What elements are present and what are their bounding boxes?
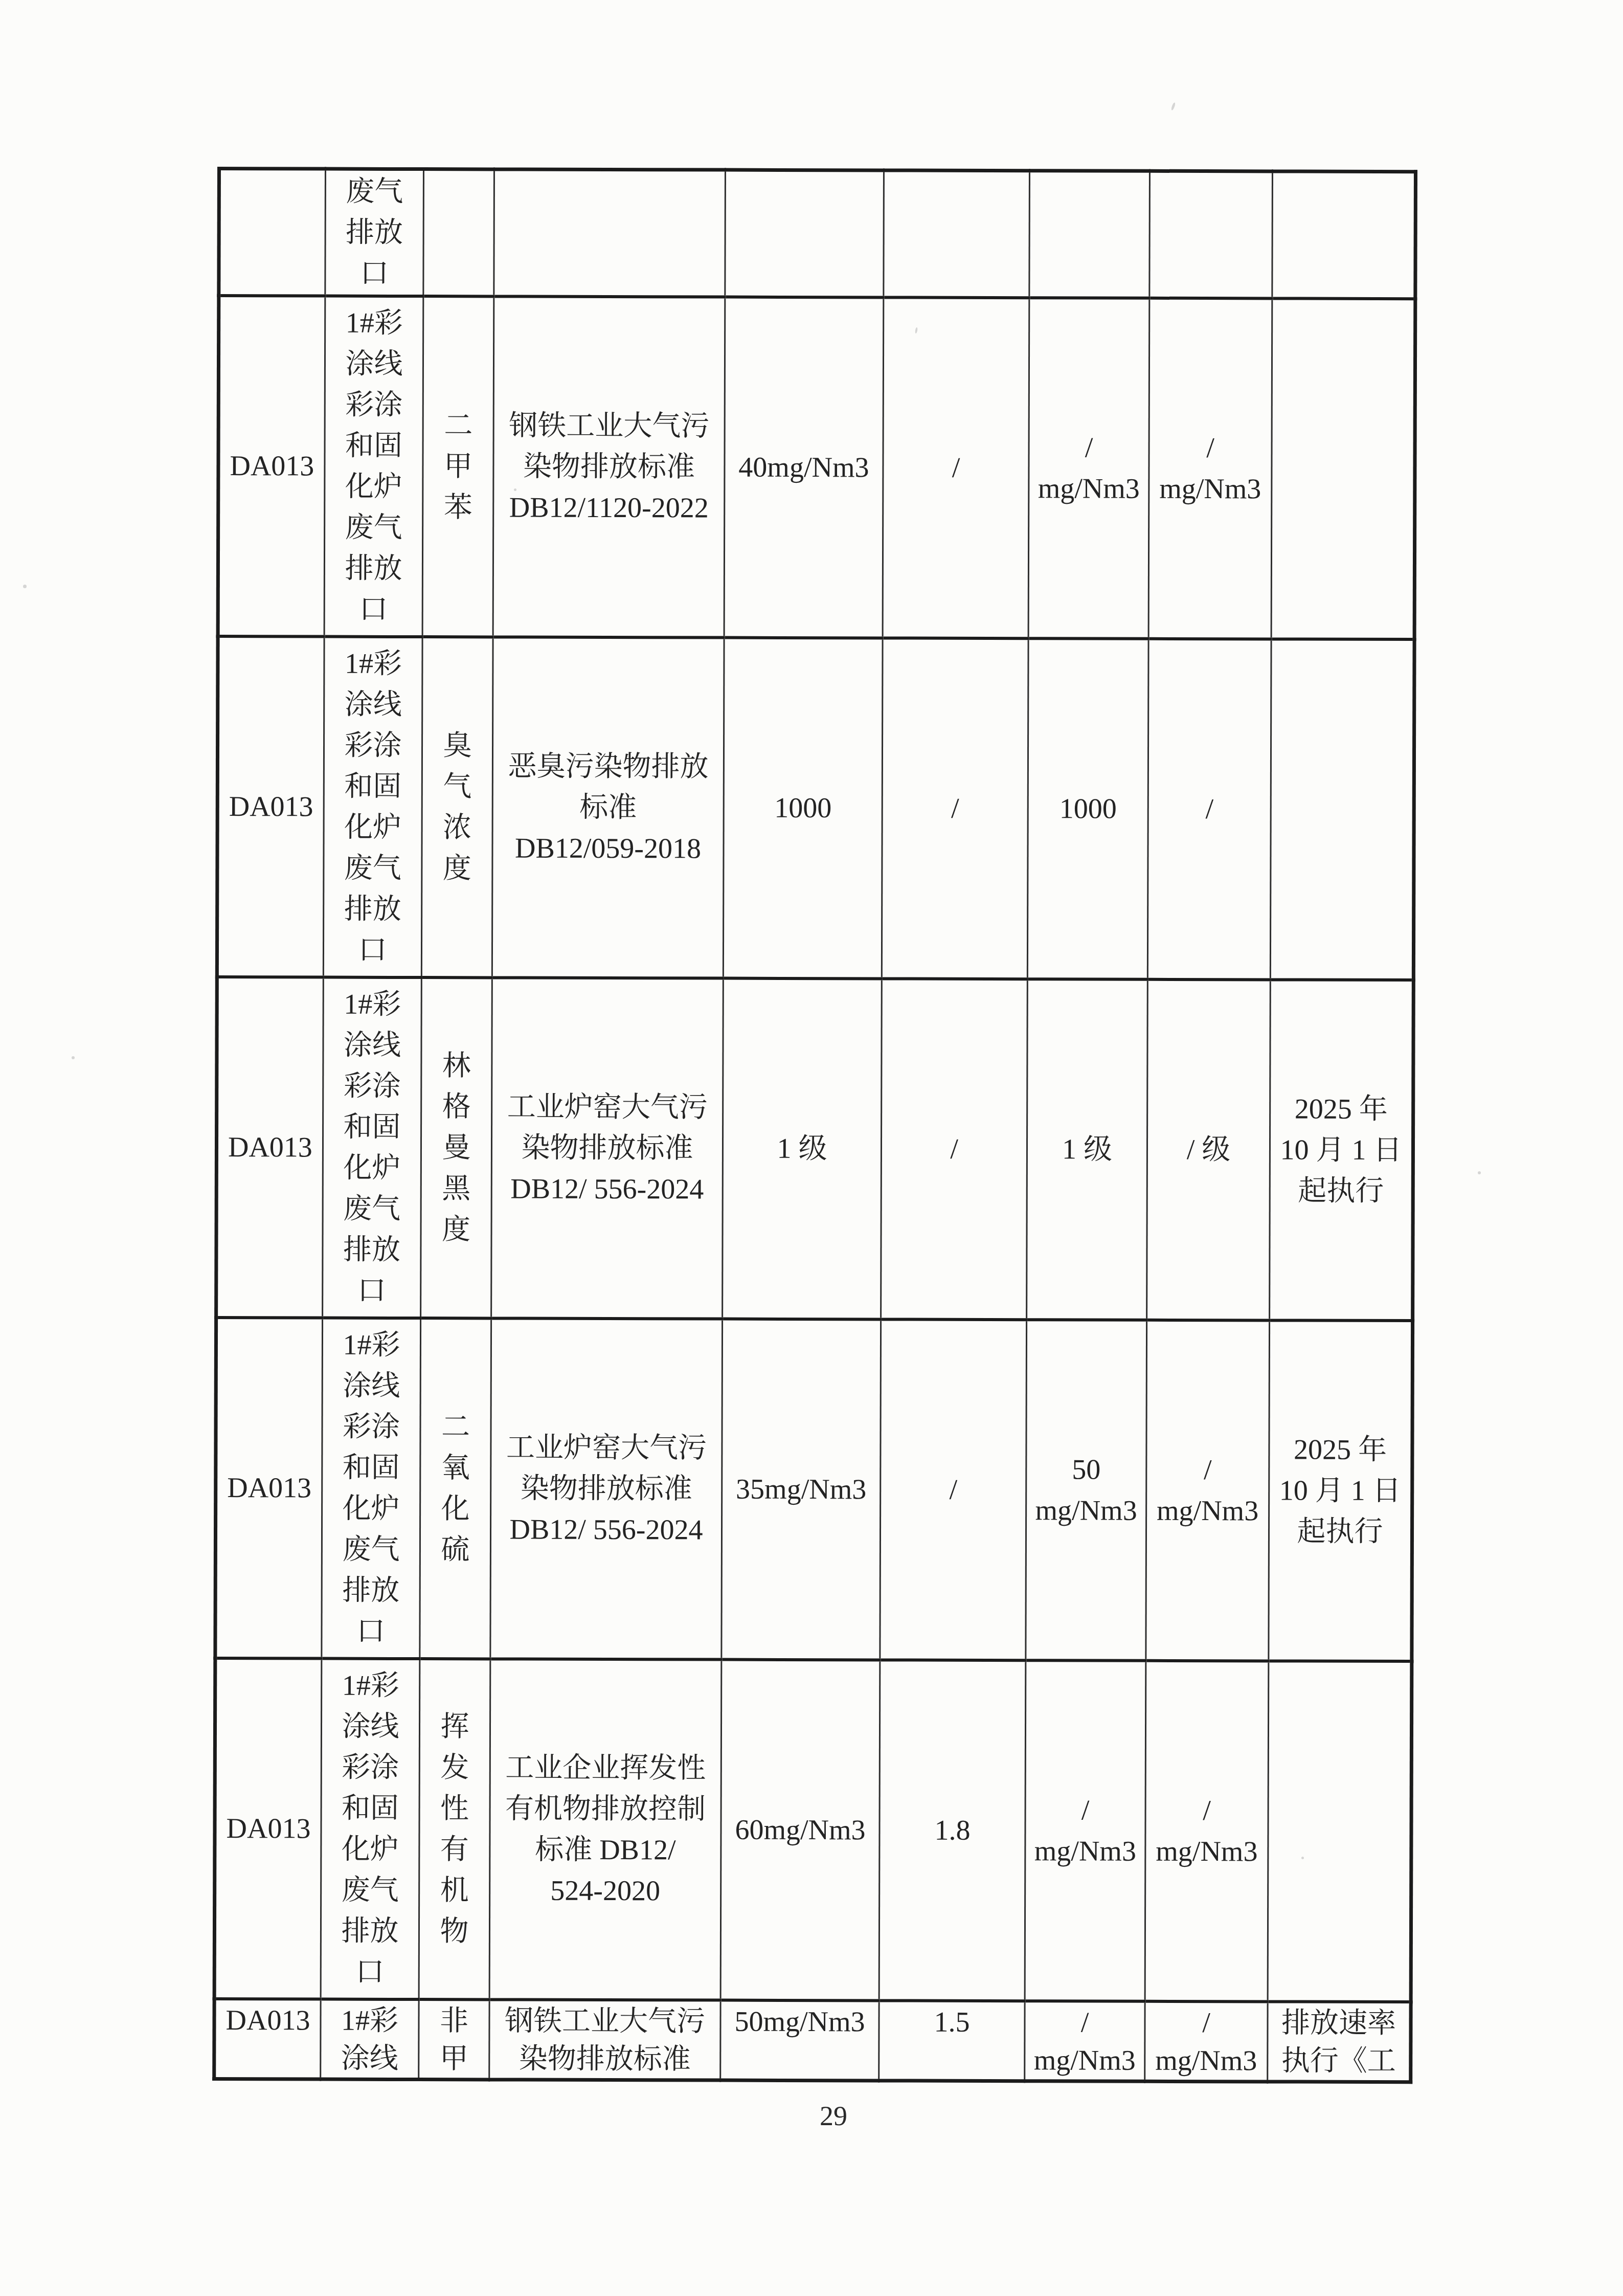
- cell-outfall-id: DA013: [217, 636, 324, 977]
- table-row: DA013 1#彩 涂线 彩涂 和固 化炉 废气 排放 口 挥 发 性 有 机 …: [214, 1658, 1412, 2001]
- cell-limit-2: /: [880, 1319, 1027, 1660]
- cell-outlet-name: 1#彩 涂线 彩涂 和固 化炉 废气 排放 口: [323, 977, 422, 1318]
- cell-limit-2: 1.5: [879, 2000, 1025, 2081]
- cell-limit-4: / mg/Nm3: [1145, 2001, 1268, 2081]
- cell-pollutant: 非 甲: [419, 1999, 489, 2080]
- cell-standard: 恶臭污染物排放 标准 DB12/059-2018: [492, 637, 724, 978]
- scan-speck: [23, 585, 27, 588]
- cell-limit-2: [884, 170, 1030, 298]
- cell-outlet-name: 1#彩 涂线 彩涂 和固 化炉 废气 排放 口: [322, 1318, 421, 1659]
- scan-speck: [1478, 1171, 1481, 1174]
- cell-limit-2: /: [882, 638, 1028, 979]
- cell-limit-1: 1 级: [723, 978, 882, 1319]
- cell-standard: [494, 169, 726, 297]
- cell-pollutant: 二 氧 化 硫: [420, 1318, 491, 1659]
- cell-outlet-name: 1#彩 涂线 彩涂 和固 化炉 废气 排放 口: [324, 296, 423, 637]
- cell-limit-1: 60mg/Nm3: [720, 1659, 880, 2000]
- cell-limit-4: / mg/Nm3: [1146, 1320, 1270, 1661]
- cell-pollutant: 二 甲 苯: [422, 296, 494, 637]
- page-number: 29: [787, 2100, 880, 2132]
- cell-limit-3: / mg/Nm3: [1028, 298, 1149, 639]
- table-row: DA013 1#彩 涂线 彩涂 和固 化炉 废气 排放 口 二 甲 苯 钢铁工业…: [218, 296, 1415, 639]
- table-row: DA013 1#彩 涂线 彩涂 和固 化炉 废气 排放 口 二 氧 化 硫 工业…: [215, 1318, 1413, 1661]
- cell-limit-3: 1 级: [1027, 979, 1148, 1320]
- table-row: DA013 1#彩 涂线 彩涂 和固 化炉 废气 排放 口 臭 气 浓 度 恶臭…: [217, 636, 1414, 980]
- cell-limit-3: 1000: [1027, 638, 1148, 979]
- cell-outlet-name: 废气 排放 口: [325, 169, 424, 296]
- cell-outfall-id: DA013: [214, 1658, 322, 1999]
- cell-note: [1272, 171, 1416, 299]
- table-row: 废气 排放 口: [219, 169, 1416, 299]
- cell-limit-1: 40mg/Nm3: [724, 297, 884, 638]
- cell-pollutant: 挥 发 性 有 机 物: [419, 1659, 490, 1999]
- cell-outlet-name: 1#彩 涂线: [321, 1999, 419, 2079]
- cell-limit-3: / mg/Nm3: [1025, 1660, 1146, 2001]
- cell-outfall-id: DA013: [218, 296, 325, 637]
- cell-limit-1: 50mg/Nm3: [720, 2000, 879, 2080]
- cell-pollutant: 臭 气 浓 度: [421, 637, 493, 977]
- cell-note: 2025 年 10 月 1 日 起执行: [1269, 1320, 1413, 1661]
- table-row: DA013 1#彩 涂线 彩涂 和固 化炉 废气 排放 口 林 格 曼 黑 度 …: [216, 977, 1414, 1321]
- cell-limit-4: / mg/Nm3: [1148, 298, 1272, 639]
- cell-pollutant: 林 格 曼 黑 度: [421, 977, 492, 1318]
- cell-limit-1: [725, 170, 884, 297]
- scanned-document-page: 废气 排放 口 DA013 1#彩 涂线 彩涂 和固 化炉 废气 排放 口 二 …: [0, 0, 1623, 2296]
- cell-note: [1270, 639, 1414, 980]
- scan-speck: [514, 488, 516, 491]
- cell-limit-1: 35mg/Nm3: [722, 1319, 881, 1660]
- cell-outlet-name: 1#彩 涂线 彩涂 和固 化炉 废气 排放 口: [321, 1658, 420, 1999]
- cell-limit-4: / mg/Nm3: [1145, 1660, 1269, 2001]
- cell-note: [1268, 1661, 1412, 2002]
- cell-standard: 钢铁工业大气污 染物排放标准 DB12/1120-2022: [493, 296, 725, 637]
- cell-limit-1: 1000: [723, 637, 883, 978]
- cell-pollutant: [423, 169, 494, 296]
- cell-standard: 工业炉窑大气污 染物排放标准 DB12/ 556-2024: [490, 1318, 723, 1659]
- cell-limit-4: / 级: [1147, 979, 1271, 1320]
- cell-standard: 钢铁工业大气污 染物排放标准: [489, 1999, 720, 2080]
- cell-outfall-id: DA013: [215, 1318, 323, 1659]
- cell-limit-4: /: [1147, 638, 1271, 979]
- cell-note: 2025 年 10 月 1 日 起执行: [1270, 979, 1414, 1321]
- table-row: DA013 1#彩 涂线 非 甲 钢铁工业大气污 染物排放标准 50mg/Nm3…: [214, 1998, 1411, 2082]
- cell-standard: 工业企业挥发性 有机物排放控制 标准 DB12/ 524-2020: [489, 1659, 722, 2000]
- cell-limit-2: 1.8: [879, 1660, 1026, 2001]
- scan-speck: [1170, 102, 1176, 111]
- cell-outfall-id: DA013: [214, 1998, 321, 2079]
- cell-limit-3: [1029, 171, 1150, 298]
- cell-limit-3: / mg/Nm3: [1025, 2001, 1145, 2081]
- cell-outlet-name: 1#彩 涂线 彩涂 和固 化炉 废气 排放 口: [323, 636, 422, 977]
- cell-note: 排放速率 执行《工: [1268, 2001, 1411, 2082]
- cell-limit-2: /: [881, 978, 1028, 1320]
- cell-standard: 工业炉窑大气污 染物排放标准 DB12/ 556-2024: [491, 977, 724, 1319]
- cell-limit-2: /: [883, 297, 1029, 638]
- cell-outfall-id: DA013: [216, 977, 324, 1318]
- cell-limit-4: [1149, 171, 1273, 298]
- cell-outfall-id: [219, 169, 326, 296]
- cell-note: [1271, 298, 1415, 639]
- emission-limits-table: 废气 排放 口 DA013 1#彩 涂线 彩涂 和固 化炉 废气 排放 口 二 …: [212, 167, 1417, 2084]
- scan-speck: [72, 1056, 75, 1059]
- cell-limit-3: 50 mg/Nm3: [1026, 1320, 1147, 1661]
- scan-speck: [1301, 1857, 1304, 1859]
